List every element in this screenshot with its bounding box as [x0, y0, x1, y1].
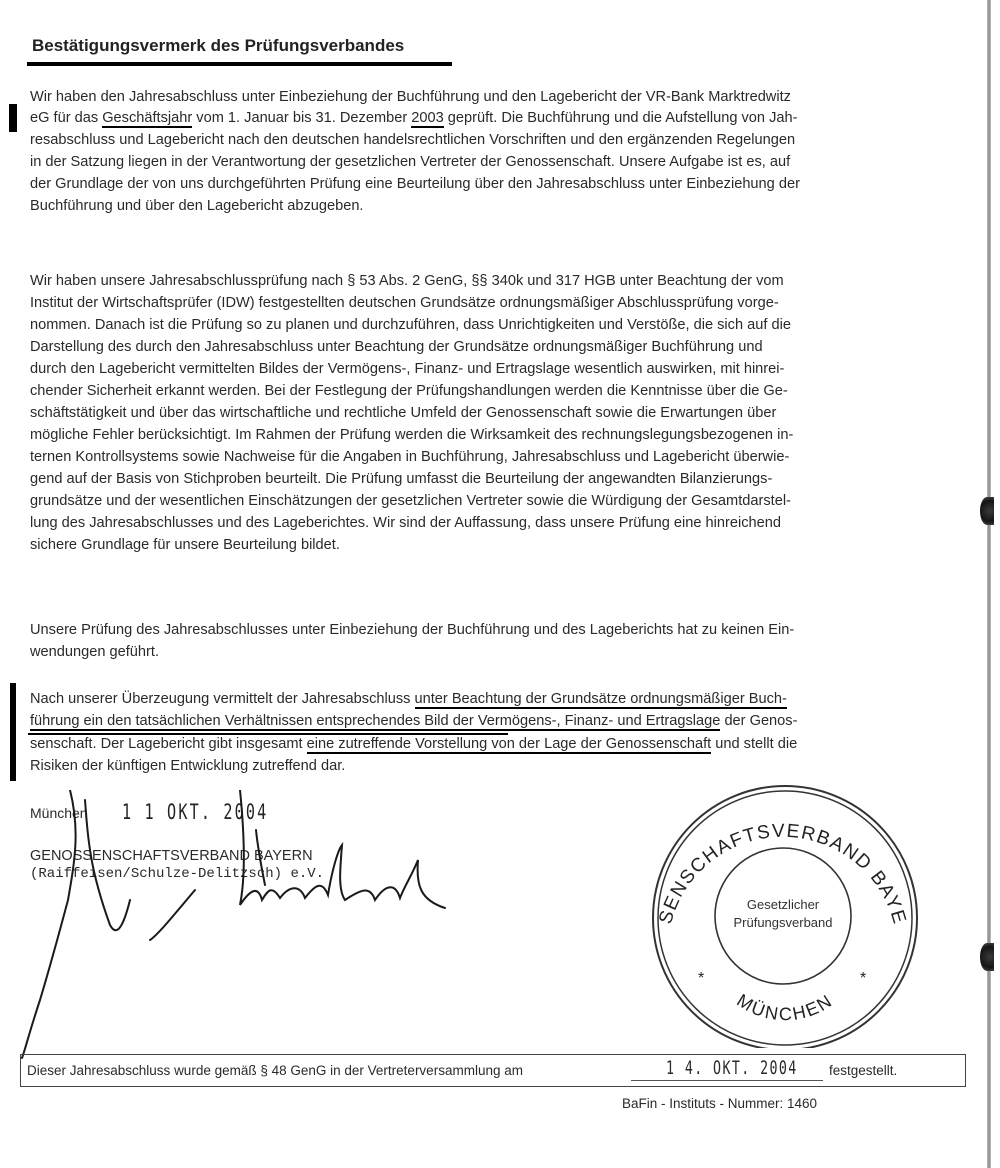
paragraph-1-line-2: eG für das Geschäftsjahr vom 1. Januar b… — [30, 110, 797, 126]
document-title: Bestätigungsvermerk des Prüfungsverbande… — [32, 36, 404, 56]
adoption-statement-box: Dieser Jahresabschluss wurde gemäß § 48 … — [20, 1054, 966, 1087]
scanned-document-page: Bestätigungsvermerk des Prüfungsverbande… — [0, 0, 1000, 1168]
official-seal-icon: GENOSSENSCHAFTSVERBAND BAYERN e.V. MÜNCH… — [630, 778, 940, 1048]
svg-text:Gesetzlicher: Gesetzlicher — [747, 897, 820, 912]
underlined-phrase: eine zutreffende Vorstellung von der Lag… — [307, 736, 712, 754]
svg-text:Prüfungsverband: Prüfungsverband — [733, 915, 832, 930]
svg-text:*: * — [860, 970, 866, 987]
margin-mark — [10, 683, 16, 781]
svg-text:*: * — [698, 970, 704, 987]
page-edge-shadow — [987, 0, 991, 1168]
handwritten-signature — [0, 790, 480, 1070]
adoption-date-stamp: 1 4. OKT. 2004 — [666, 1057, 798, 1079]
underlined-fiscal-year: Geschäftsjahr — [102, 110, 192, 128]
punch-hole-icon — [980, 497, 994, 525]
date-fill-line — [631, 1080, 823, 1081]
title-underline — [27, 62, 452, 66]
underlined-year: 2003 — [411, 110, 443, 128]
underlined-phrase: führung ein den tatsächlichen Verhältnis… — [30, 713, 720, 731]
underline-stroke — [28, 733, 508, 735]
adoption-statement-text: Dieser Jahresabschluss wurde gemäß § 48 … — [27, 1063, 523, 1078]
svg-text:MÜNCHEN: MÜNCHEN — [733, 990, 836, 1024]
underlined-phrase: unter Beachtung der Grundsätze ordnungsm… — [415, 691, 787, 709]
bafin-institute-number: BaFin - Instituts - Nummer: 1460 — [622, 1096, 817, 1111]
adoption-statement-end: festgestellt. — [829, 1063, 897, 1078]
margin-mark — [9, 104, 17, 132]
punch-hole-icon — [980, 943, 994, 971]
